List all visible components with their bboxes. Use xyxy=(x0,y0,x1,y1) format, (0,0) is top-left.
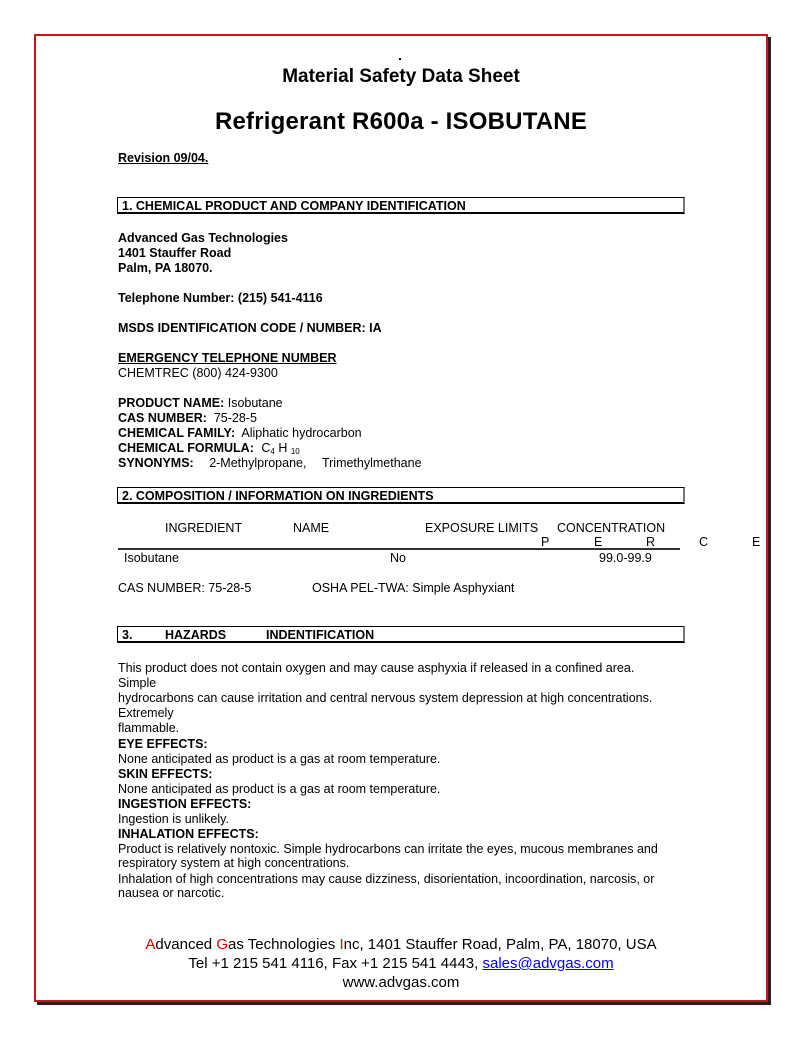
product-name-label: PRODUCT NAME: xyxy=(118,396,224,410)
company-address-1: 1401 Stauffer Road xyxy=(118,246,231,261)
cas-note: CAS NUMBER: 75-28-5 xyxy=(118,581,251,596)
synonym-2: Trimethylmethane xyxy=(322,456,422,470)
msds-code: MSDS IDENTIFICATION CODE / NUMBER: IA xyxy=(118,321,382,336)
col-header-ingredient: INGREDIENT xyxy=(165,521,242,536)
family-value: Aliphatic hydrocarbon xyxy=(235,426,361,440)
product-name-value: Isobutane xyxy=(224,396,282,410)
footer-text: dvanced xyxy=(155,936,216,953)
family-label: CHEMICAL FAMILY: xyxy=(118,426,235,440)
company-name: Advanced Gas Technologies xyxy=(118,231,288,246)
row-exposure: No xyxy=(390,551,406,566)
col-header-exposure: EXPOSURE LIMITS xyxy=(425,521,538,536)
inhalation-line: Product is relatively nontoxic. Simple h… xyxy=(118,842,658,857)
cas-label: CAS NUMBER: xyxy=(118,411,207,425)
footer-company-line: Advanced Gas Technologies Inc, 1401 Stau… xyxy=(0,935,802,954)
revision-label: Revision 09/04. xyxy=(118,151,208,166)
email-link[interactable]: sales@advgas.com xyxy=(483,955,614,972)
section-3-title-b: INDENTIFICATION xyxy=(266,627,374,644)
section-3-num: 3. xyxy=(122,628,132,642)
chemical-family-row: CHEMICAL FAMILY: Aliphatic hydrocarbon xyxy=(118,426,362,441)
hazard-intro-line: Simple xyxy=(118,676,156,691)
formula-label: CHEMICAL FORMULA: xyxy=(118,441,254,455)
synonyms-label: SYNONYMS: xyxy=(118,456,194,470)
cas-value: 75-28-5 xyxy=(207,411,257,425)
emergency-value: CHEMTREC (800) 424-9300 xyxy=(118,366,278,381)
synonym-1: 2-Methylpropane, xyxy=(209,456,306,470)
osha-note: OSHA PEL-TWA: Simple Asphyxiant xyxy=(312,581,514,596)
footer-text: nc, 1401 Stauffer Road, Palm, PA, 18070,… xyxy=(344,936,657,953)
table-header-rule xyxy=(118,548,680,550)
stray-letter: E xyxy=(752,535,760,550)
section-1-heading: 1. CHEMICAL PRODUCT AND COMPANY IDENTIFI… xyxy=(117,197,685,214)
stray-letter: C xyxy=(699,535,708,550)
section-3-heading: 3. HAZARDS INDENTIFICATION xyxy=(117,626,685,643)
synonyms-row: SYNONYMS: 2-Methylpropane, Trimethylmeth… xyxy=(118,456,422,471)
skin-effects-label: SKIN EFFECTS: xyxy=(118,767,212,782)
company-address-2: Palm, PA 18070. xyxy=(118,261,213,276)
col-header-concentration: CONCENTRATION xyxy=(557,521,665,536)
hazard-intro-line: hydrocarbons can cause irritation and ce… xyxy=(118,691,652,706)
footer-website: www.advgas.com xyxy=(0,973,802,992)
document-type-title: Material Safety Data Sheet xyxy=(0,66,802,88)
cas-number-row: CAS NUMBER: 75-28-5 xyxy=(118,411,257,426)
section-2-heading: 2. COMPOSITION / INFORMATION ON INGREDIE… xyxy=(117,487,685,504)
footer-initial-a: A xyxy=(145,936,155,953)
col-header-name: NAME xyxy=(293,521,329,536)
inhalation-line: Inhalation of high concentrations may ca… xyxy=(118,872,654,887)
inhalation-line: respiratory system at high concentration… xyxy=(118,856,349,871)
hazard-intro-line: Extremely xyxy=(118,706,174,721)
hazard-intro-line: flammable. xyxy=(118,721,179,736)
row-ingredient: Isobutane xyxy=(124,551,179,566)
footer-contact-line: Tel +1 215 541 4116, Fax +1 215 541 4443… xyxy=(0,954,802,973)
row-concentration: 99.0-99.9 xyxy=(599,551,652,566)
hazard-intro-line: This product does not contain oxygen and… xyxy=(118,661,634,676)
product-title: Refrigerant R600a - ISOBUTANE xyxy=(0,108,802,136)
footer-text: as Technologies xyxy=(228,936,339,953)
stray-dot xyxy=(399,58,401,60)
formula-h-sub: 10 xyxy=(291,447,300,456)
telephone-number: Telephone Number: (215) 541-4116 xyxy=(118,291,323,306)
formula-h: H xyxy=(275,441,291,455)
eye-effects-label: EYE EFFECTS: xyxy=(118,737,208,752)
ingestion-effects-label: INGESTION EFFECTS: xyxy=(118,797,251,812)
skin-effects-text: None anticipated as product is a gas at … xyxy=(118,782,440,797)
eye-effects-text: None anticipated as product is a gas at … xyxy=(118,752,440,767)
ingestion-effects-text: Ingestion is unlikely. xyxy=(118,812,229,827)
inhalation-line: nausea or narcotic. xyxy=(118,886,224,901)
footer-contact: Tel +1 215 541 4116, Fax +1 215 541 4443… xyxy=(188,955,482,972)
emergency-label: EMERGENCY TELEPHONE NUMBER xyxy=(118,351,337,366)
product-name-row: PRODUCT NAME: Isobutane xyxy=(118,396,283,411)
inhalation-effects-label: INHALATION EFFECTS: xyxy=(118,827,259,842)
footer-initial-g: G xyxy=(216,936,228,953)
section-3-title-a: HAZARDS xyxy=(165,627,226,644)
